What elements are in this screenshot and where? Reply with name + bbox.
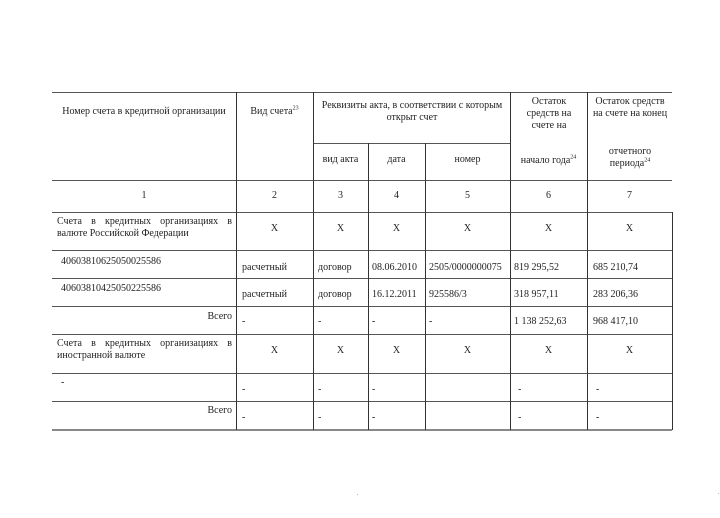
balance-start: 318 957,11 [514, 289, 586, 301]
footnote-ref: 24 [644, 158, 650, 164]
cell-dash: - [318, 412, 368, 424]
column-number: 7 [587, 190, 672, 202]
header-act-type: вид акта [313, 154, 368, 166]
column-number: 6 [510, 190, 587, 202]
cell-dash: - [596, 384, 671, 396]
total-balance-start: 1 138 252,63 [514, 316, 586, 328]
cell-dash: - [318, 316, 368, 328]
row-label: Счета в кредитных организациях в иностра… [57, 338, 232, 362]
row-divider [52, 334, 672, 335]
cell-dash: - [372, 412, 425, 424]
header-balance-end-bottom: отчетного периода24 [600, 146, 660, 170]
cell-dash: - [372, 316, 425, 328]
col-divider [368, 143, 369, 430]
cell-x-mark: X [368, 223, 425, 235]
footnote-ref: 23 [293, 106, 299, 112]
total-label: Всего [57, 405, 232, 417]
cell-x-mark: X [313, 345, 368, 357]
column-number: 3 [313, 190, 368, 202]
cell-x-mark: X [368, 345, 425, 357]
header-bottom-border [52, 180, 672, 181]
table-top-border [52, 92, 672, 93]
cell-dash: - [242, 412, 312, 424]
col-divider [587, 92, 588, 430]
total-balance-end: 968 417,10 [593, 316, 671, 328]
subheader-divider [313, 143, 510, 144]
act-date: 16.12.2011 [372, 289, 425, 301]
cell-x-mark: X [510, 345, 587, 357]
cell-dash: - [518, 384, 586, 396]
header-balance-start-text: начало года [521, 155, 571, 166]
header-act-number: номер [425, 154, 510, 166]
row-label: Счета в кредитных организациях в валюте … [57, 216, 232, 240]
act-date: 08.06.2010 [372, 262, 425, 274]
cell-x-mark: X [587, 223, 672, 235]
act-type: договор [318, 262, 368, 274]
balance-start: 819 295,52 [514, 262, 586, 274]
cell-x-mark: X [510, 223, 587, 235]
account-number: 40603810625050025586 [61, 256, 231, 268]
row-divider [52, 373, 672, 374]
header-balance-start-bottom: начало года24 [510, 155, 587, 167]
header-balance-start-top: Остаток средств на счете на [520, 96, 578, 132]
account-number: - [61, 377, 231, 389]
scan-speck [718, 493, 719, 494]
cell-x-mark: X [587, 345, 672, 357]
row-divider [52, 212, 672, 213]
cell-dash: - [242, 384, 312, 396]
balance-end: 685 210,74 [593, 262, 671, 274]
account-type: расчетный [242, 262, 312, 274]
cell-x-mark: X [236, 223, 313, 235]
col-divider [510, 92, 511, 430]
cell-dash: - [429, 316, 509, 328]
cell-dash: - [372, 384, 425, 396]
cell-dash: - [242, 316, 312, 328]
column-number: 1 [52, 190, 236, 202]
header-account-number: Номер счета в кредитной организации [52, 106, 236, 118]
cell-dash: - [318, 384, 368, 396]
account-type: расчетный [242, 289, 312, 301]
header-account-type: Вид счета23 [236, 106, 313, 118]
row-divider [52, 278, 672, 279]
table-right-border [672, 212, 673, 430]
act-number: 925586/3 [429, 289, 509, 301]
header-account-type-text: Вид счета [250, 106, 292, 117]
col-divider [425, 143, 426, 430]
table-bottom-border [52, 429, 672, 431]
row-divider [52, 306, 672, 307]
cell-x-mark: X [236, 345, 313, 357]
header-act-details: Реквизиты акта, в соответствии с которым… [318, 100, 506, 124]
column-number: 2 [236, 190, 313, 202]
row-divider [52, 401, 672, 402]
scan-speck [357, 494, 358, 495]
header-act-date: дата [368, 154, 425, 166]
balance-end: 283 206,36 [593, 289, 671, 301]
cell-dash: - [518, 412, 586, 424]
col-divider [313, 92, 314, 430]
footnote-ref: 24 [570, 155, 576, 161]
col-divider [236, 92, 237, 430]
total-label: Всего [57, 311, 232, 323]
act-type: договор [318, 289, 368, 301]
cell-x-mark: X [425, 345, 510, 357]
column-number: 4 [368, 190, 425, 202]
row-divider [52, 250, 672, 251]
cell-x-mark: X [313, 223, 368, 235]
act-number: 2505/0000000075 [429, 262, 509, 274]
cell-x-mark: X [425, 223, 510, 235]
header-balance-end-top: Остаток средств на счете на конец [590, 96, 670, 120]
account-number: 40603810425050225586 [61, 283, 231, 295]
cell-dash: - [596, 412, 671, 424]
column-number: 5 [425, 190, 510, 202]
